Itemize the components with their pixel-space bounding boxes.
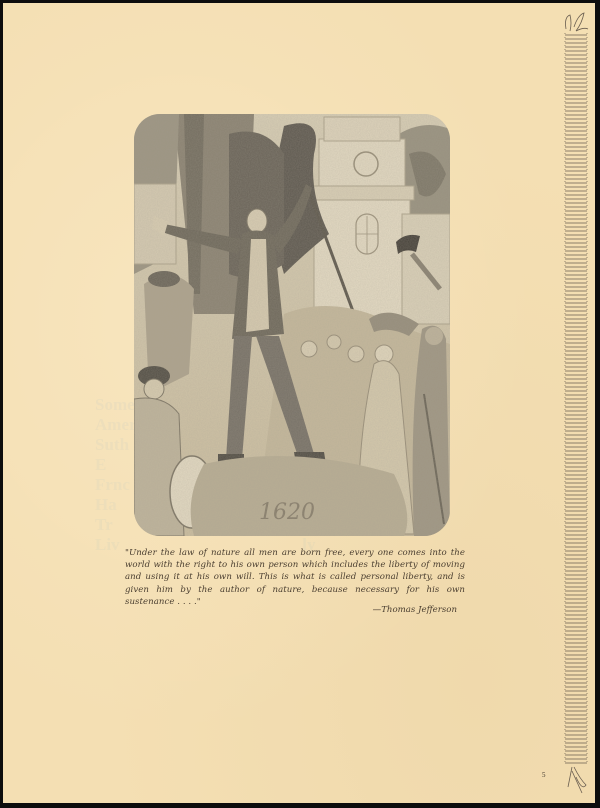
jefferson-quote: "Under the law of nature all men are bor…	[125, 547, 465, 608]
page-number: 5	[542, 771, 546, 779]
book-page: Some s Amer ie Suth as E .l Frnc	[3, 3, 595, 803]
historical-illustration: 1620	[134, 114, 450, 536]
spiral-binding-icon	[560, 9, 592, 799]
orator-engraving-image: 1620	[134, 114, 450, 536]
quote-attribution: —Thomas Jefferson	[303, 605, 457, 615]
